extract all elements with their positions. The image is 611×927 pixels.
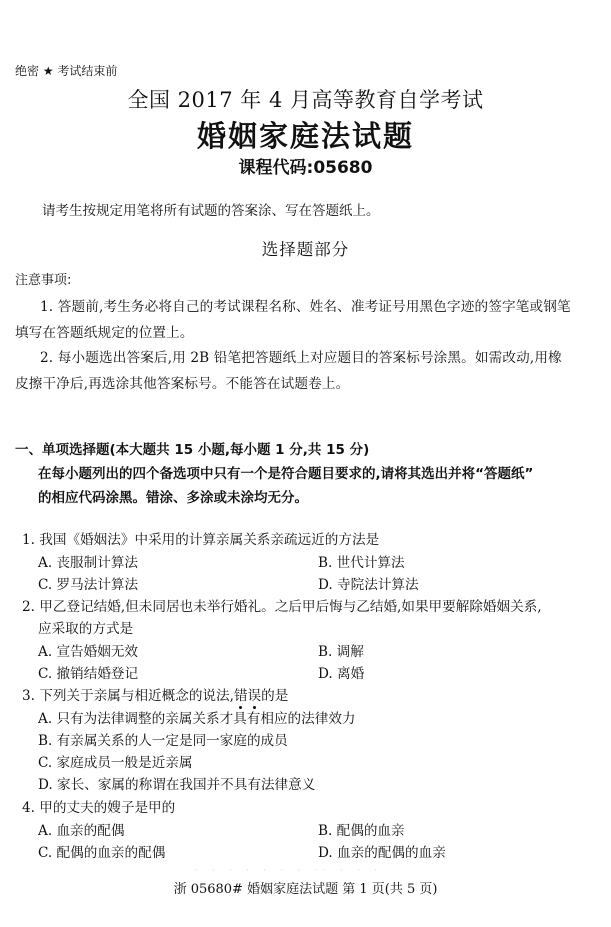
option-d: D. 家长、家属的称谓在我国并不具有法律意义: [38, 773, 315, 793]
option-a: A. 血亲的配偶: [38, 819, 124, 839]
notice-item-2-line-2: 皮擦干净后,再选涂其他答案标号。不能答在试题卷上。: [15, 372, 349, 392]
option-c: C. 家庭成员一般是近亲属: [38, 751, 193, 771]
section-heading: 选择题部分: [0, 236, 611, 260]
part1-description-line-2: 的相应代码涂黑。错涂、多涂或未涂均无分。: [38, 486, 308, 506]
option-c: C. 撤销结婚登记: [38, 662, 138, 682]
option-d: D. 寺院法计算法: [318, 573, 419, 593]
option-b: B. 调解: [318, 640, 364, 660]
option-b: B. 配偶的血亲: [318, 819, 405, 839]
notice-label: 注意事项:: [15, 269, 71, 288]
option-c: C. 配偶的血亲的配偶: [38, 841, 165, 861]
question-stem: 4. 甲的丈夫的嫂子是甲的: [22, 796, 175, 816]
emphasis-char: 误: [248, 688, 262, 704]
question-stem-prefix: 3. 下列关于亲属与相近概念的说法,: [22, 688, 234, 704]
scan-artifacts: · · · · · · · ·· · · ·: [195, 866, 383, 875]
part1-description-line-1: 在每小题列出的四个备选项中只有一个是符合题目要求的,请将其选出并将“答题纸”: [38, 462, 533, 482]
question-stem-line-1: 2. 甲乙登记结婚,但未同居也未举行婚礼。之后甲后悔与乙结婚,如果甲要解除婚姻关…: [22, 595, 542, 615]
subject-title: 婚姻家庭法试题: [0, 114, 611, 155]
option-a: A. 宣告婚姻无效: [38, 640, 138, 660]
notice-item-2-line-1: 2. 每小题选出答案后,用 2B 铅笔把答题纸上对应题目的答案标号涂黑。如需改动…: [40, 346, 562, 366]
part1-title: 一、单项选择题(本大题共 15 小题,每小题 1 分,共 15 分): [15, 438, 369, 458]
question-stem: 3. 下列关于亲属与相近概念的说法,错误的是: [22, 684, 288, 704]
question-stem-suffix: 的是: [261, 688, 288, 704]
option-b: B. 有亲属关系的人一定是同一家庭的成员: [38, 729, 288, 749]
option-d: D. 血亲的配偶的血亲: [318, 841, 446, 861]
option-b: B. 世代计算法: [318, 551, 405, 571]
question-stem-line-2: 应采取的方式是: [38, 617, 133, 637]
notice-item-1-line-1: 1. 答题前,考生务必将自己的考试课程名称、姓名、准考证号用黑色字迹的签字笔或钢…: [40, 295, 571, 315]
answer-instruction: 请考生按规定用笔将所有试题的答案涂、写在答题纸上。: [42, 199, 380, 219]
confidential-marker: 绝密 ★ 考试结束前: [15, 62, 117, 79]
option-a: A. 丧服制计算法: [38, 551, 138, 571]
option-c: C. 罗马法计算法: [38, 573, 138, 593]
notice-item-1-line-2: 填写在答题纸规定的位置上。: [15, 321, 194, 341]
exam-title: 全国 2017 年 4 月高等教育自学考试: [0, 84, 611, 114]
option-a: A. 只有为法律调整的亲属关系才具有相应的法律效力: [38, 707, 356, 727]
page-footer: 浙 05680# 婚姻家庭法试题 第 1 页(共 5 页): [0, 878, 611, 897]
question-stem: 1. 我国《婚姻法》中采用的计算亲属关系亲疏远近的方法是: [22, 528, 379, 548]
course-code: 课程代码:05680: [0, 153, 611, 178]
option-d: D. 离婚: [318, 662, 364, 682]
emphasis-char: 错: [234, 688, 248, 704]
